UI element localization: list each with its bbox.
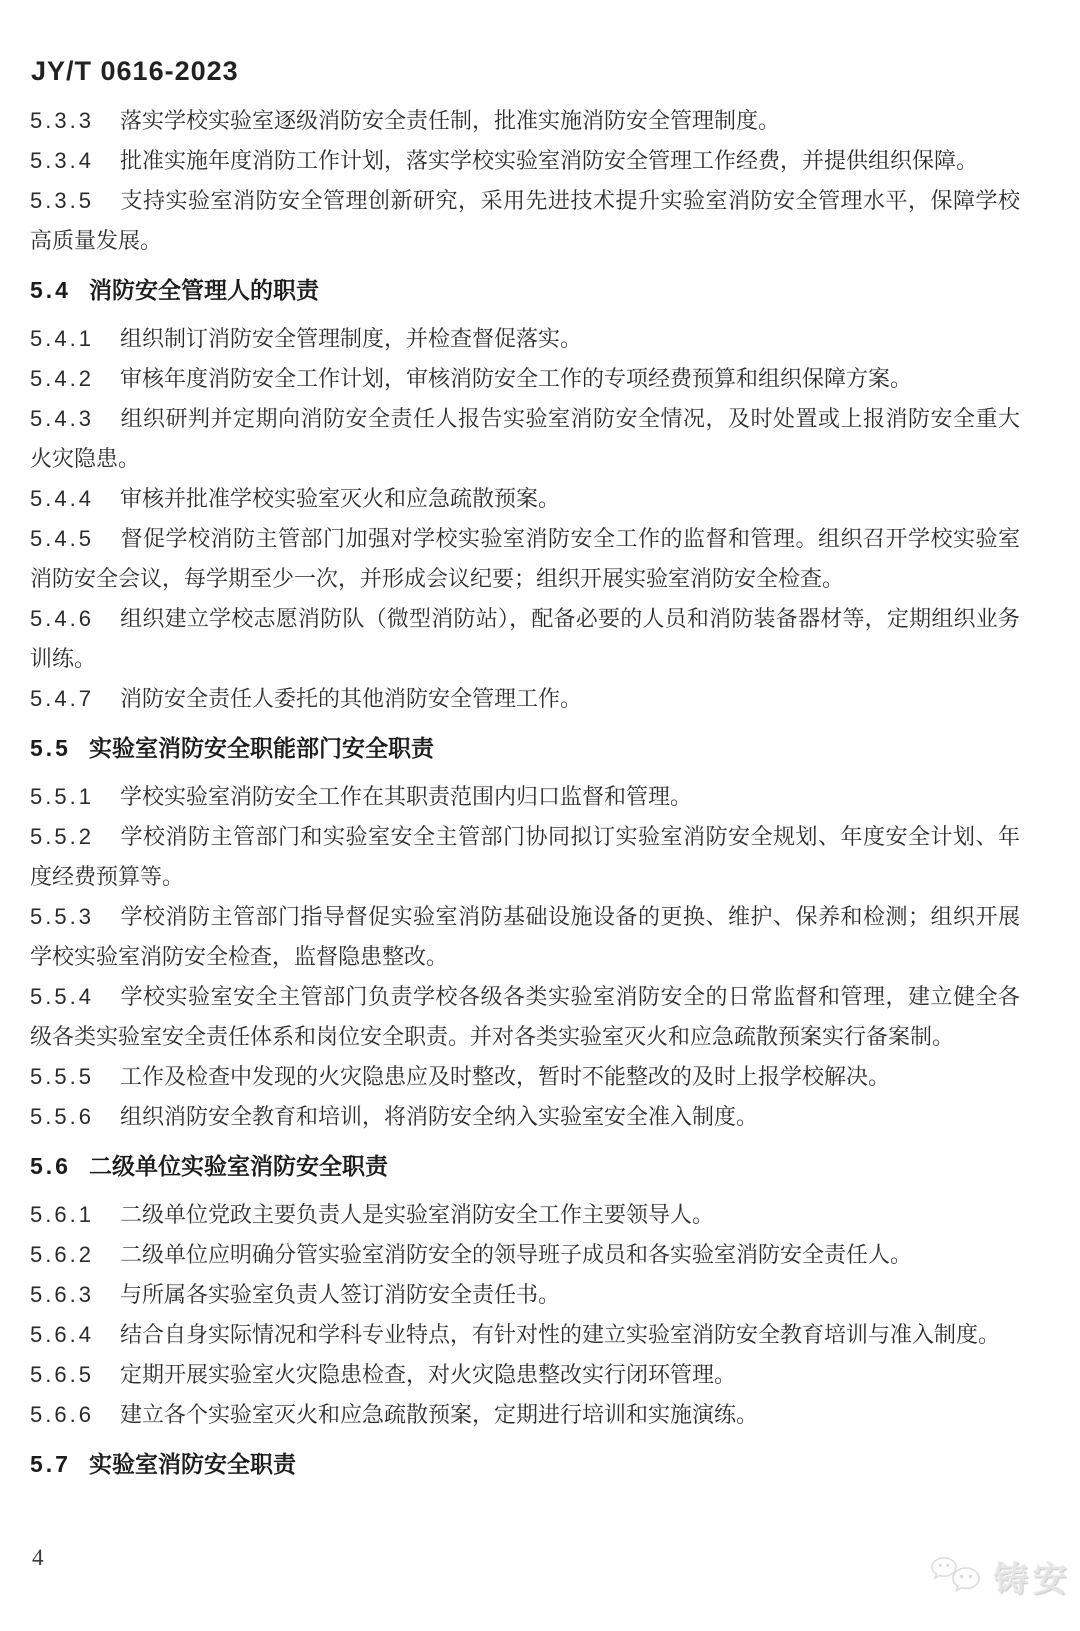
clause-paragraph: 5.3.4批准实施年度消防工作计划，落实学校实验室消防安全管理工作经费，并提供组… [30, 141, 1020, 181]
heading-text: 二级单位实验室消防安全职责 [89, 1153, 388, 1179]
clause-paragraph: 5.4.5督促学校消防主管部门加强对学校实验室消防安全工作的监督和管理。组织召开… [30, 519, 1020, 599]
clause-text: 督促学校消防主管部门加强对学校实验室消防安全工作的监督和管理。组织召开学校实验室… [30, 526, 1020, 591]
clause-text: 工作及检查中发现的火灾隐患应及时整改，暂时不能整改的及时上报学校解决。 [120, 1064, 890, 1089]
clause-number: 5.6.5 [30, 1362, 94, 1387]
clause-text: 支持实验室消防安全管理创新研究，采用先进技术提升实验室消防安全管理水平，保障学校… [30, 188, 1020, 253]
section-heading: 5.6二级单位实验室消防安全职责 [30, 1146, 1020, 1186]
clause-number: 5.3.3 [30, 108, 94, 133]
heading-text: 实验室消防安全职责 [89, 1451, 296, 1477]
clause-number: 5.5.3 [30, 904, 94, 929]
clause-paragraph: 5.5.6组织消防安全教育和培训，将消防安全纳入实验室安全准入制度。 [30, 1097, 1020, 1137]
clause-paragraph: 5.4.4审核并批准学校实验室灭火和应急疏散预案。 [30, 479, 1020, 519]
clause-text: 定期开展实验室火灾隐患检查，对火灾隐患整改实行闭环管理。 [120, 1362, 736, 1387]
standard-code-header: JY/T 0616-2023 [31, 56, 239, 87]
clause-text: 组织消防安全教育和培训，将消防安全纳入实验室安全准入制度。 [120, 1104, 758, 1129]
clause-text: 二级单位党政主要负责人是实验室消防安全工作主要领导人。 [120, 1202, 714, 1227]
clause-paragraph: 5.5.3学校消防主管部门指导督促实验室消防基础设施设备的更换、维护、保养和检测… [30, 897, 1020, 977]
clause-text: 建立各个实验室灭火和应急疏散预案，定期进行培训和实施演练。 [120, 1402, 758, 1427]
clause-number: 5.5.4 [30, 984, 94, 1009]
clause-paragraph: 5.4.7消防安全责任人委托的其他消防安全管理工作。 [30, 679, 1020, 719]
clause-text: 与所属各实验室负责人签订消防安全责任书。 [120, 1282, 560, 1307]
clause-text: 审核并批准学校实验室灭火和应急疏散预案。 [120, 486, 560, 511]
clause-text: 结合自身实际情况和学科专业特点，有针对性的建立实验室消防安全教育培训与准入制度。 [120, 1322, 1000, 1347]
document-content: 5.3.3落实学校实验室逐级消防安全责任制，批准实施消防安全管理制度。5.3.4… [30, 101, 1020, 1493]
clause-number: 5.4 [30, 277, 71, 303]
document-page: JY/T 0616-2023 5.3.3落实学校实验室逐级消防安全责任制，批准实… [0, 0, 1080, 1631]
clause-paragraph: 5.4.1组织制订消防安全管理制度，并检查督促落实。 [30, 319, 1020, 359]
wechat-logo-icon [930, 1555, 984, 1599]
clause-number: 5.4.2 [30, 366, 94, 391]
clause-number: 5.6 [30, 1153, 71, 1179]
clause-number: 5.5.2 [30, 824, 94, 849]
clause-number: 5.3.4 [30, 148, 94, 173]
section-heading: 5.4消防安全管理人的职责 [30, 270, 1020, 310]
clause-number: 5.7 [30, 1451, 71, 1477]
clause-text: 落实学校实验室逐级消防安全责任制，批准实施消防安全管理制度。 [120, 108, 780, 133]
clause-number: 5.6.4 [30, 1322, 94, 1347]
clause-paragraph: 5.6.2二级单位应明确分管实验室消防安全的领导班子成员和各实验室消防安全责任人… [30, 1235, 1020, 1275]
clause-paragraph: 5.4.3组织研判并定期向消防安全责任人报告实验室消防安全情况，及时处置或上报消… [30, 399, 1020, 479]
clause-paragraph: 5.6.5定期开展实验室火灾隐患检查，对火灾隐患整改实行闭环管理。 [30, 1355, 1020, 1395]
clause-text: 批准实施年度消防工作计划，落实学校实验室消防安全管理工作经费，并提供组织保障。 [120, 148, 978, 173]
clause-number: 5.4.6 [30, 606, 94, 631]
clause-number: 5.5.1 [30, 784, 94, 809]
clause-text: 学校消防主管部门和实验室安全主管部门协同拟订实验室消防安全规划、年度安全计划、年… [30, 824, 1020, 889]
clause-number: 5.6.1 [30, 1202, 94, 1227]
clause-paragraph: 5.6.1二级单位党政主要负责人是实验室消防安全工作主要领导人。 [30, 1195, 1020, 1235]
clause-text: 学校实验室消防安全工作在其职责范围内归口监督和管理。 [120, 784, 692, 809]
clause-text: 二级单位应明确分管实验室消防安全的领导班子成员和各实验室消防安全责任人。 [120, 1242, 912, 1267]
clause-paragraph: 5.5.1学校实验室消防安全工作在其职责范围内归口监督和管理。 [30, 777, 1020, 817]
clause-text: 消防安全责任人委托的其他消防安全管理工作。 [120, 686, 582, 711]
clause-text: 组织研判并定期向消防安全责任人报告实验室消防安全情况，及时处置或上报消防安全重大… [30, 406, 1020, 471]
clause-paragraph: 5.4.2审核年度消防安全工作计划，审核消防安全工作的专项经费预算和组织保障方案… [30, 359, 1020, 399]
clause-number: 5.4.5 [30, 526, 94, 551]
heading-text: 消防安全管理人的职责 [89, 277, 319, 303]
clause-paragraph: 5.4.6组织建立学校志愿消防队（微型消防站），配备必要的人员和消防装备器材等，… [30, 599, 1020, 679]
clause-number: 5.4.7 [30, 686, 94, 711]
clause-paragraph: 5.3.3落实学校实验室逐级消防安全责任制，批准实施消防安全管理制度。 [30, 101, 1020, 141]
clause-text: 审核年度消防安全工作计划，审核消防安全工作的专项经费预算和组织保障方案。 [120, 366, 912, 391]
clause-paragraph: 5.6.4结合自身实际情况和学科专业特点，有针对性的建立实验室消防安全教育培训与… [30, 1315, 1020, 1355]
clause-number: 5.5 [30, 735, 71, 761]
clause-number: 5.5.5 [30, 1064, 94, 1089]
watermark: 铸安 [930, 1552, 1072, 1601]
clause-number: 5.4.1 [30, 326, 94, 351]
clause-number: 5.6.6 [30, 1402, 94, 1427]
clause-paragraph: 5.6.6建立各个实验室灭火和应急疏散预案，定期进行培训和实施演练。 [30, 1395, 1020, 1435]
clause-paragraph: 5.5.5工作及检查中发现的火灾隐患应及时整改，暂时不能整改的及时上报学校解决。 [30, 1057, 1020, 1097]
clause-text: 组织建立学校志愿消防队（微型消防站），配备必要的人员和消防装备器材等，定期组织业… [30, 606, 1020, 671]
section-heading: 5.7实验室消防安全职责 [30, 1444, 1020, 1484]
clause-number: 5.6.3 [30, 1282, 94, 1307]
clause-number: 5.5.6 [30, 1104, 94, 1129]
clause-text: 组织制订消防安全管理制度，并检查督促落实。 [120, 326, 582, 351]
clause-paragraph: 5.3.5支持实验室消防安全管理创新研究，采用先进技术提升实验室消防安全管理水平… [30, 181, 1020, 261]
clause-paragraph: 5.5.4学校实验室安全主管部门负责学校各级各类实验室消防安全的日常监督和管理，… [30, 977, 1020, 1057]
section-heading: 5.5实验室消防安全职能部门安全职责 [30, 728, 1020, 768]
clause-number: 5.4.4 [30, 486, 94, 511]
clause-text: 学校实验室安全主管部门负责学校各级各类实验室消防安全的日常监督和管理，建立健全各… [30, 984, 1020, 1049]
clause-paragraph: 5.5.2学校消防主管部门和实验室安全主管部门协同拟订实验室消防安全规划、年度安… [30, 817, 1020, 897]
clause-number: 5.3.5 [30, 188, 94, 213]
watermark-text: 铸安 [994, 1552, 1072, 1601]
clause-number: 5.6.2 [30, 1242, 94, 1267]
clause-paragraph: 5.6.3与所属各实验室负责人签订消防安全责任书。 [30, 1275, 1020, 1315]
page-number: 4 [32, 1540, 44, 1576]
clause-number: 5.4.3 [30, 406, 94, 431]
heading-text: 实验室消防安全职能部门安全职责 [89, 735, 434, 761]
clause-text: 学校消防主管部门指导督促实验室消防基础设施设备的更换、维护、保养和检测；组织开展… [30, 904, 1020, 969]
